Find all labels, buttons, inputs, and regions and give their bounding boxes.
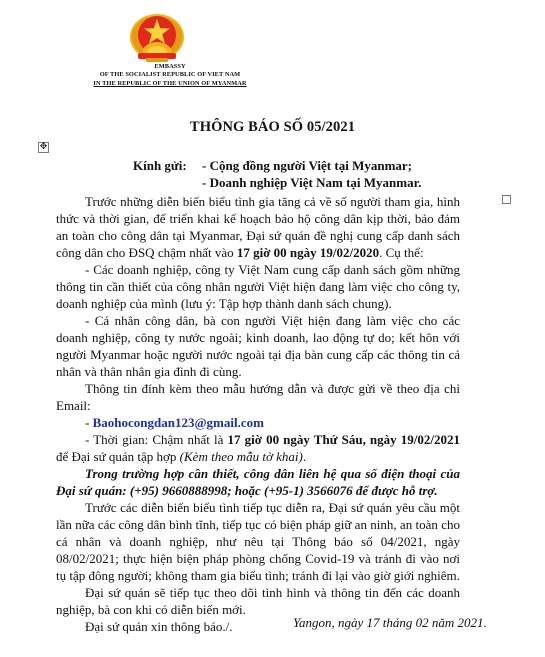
recipient-2: - Doanh nghiệp Việt Nam tại Myanmar. bbox=[202, 174, 421, 191]
move-arrows-icon[interactable]: ✥ bbox=[38, 142, 49, 153]
paragraph-businesses: - Các doanh nghiệp, công ty Việt Nam cun… bbox=[56, 261, 460, 312]
checkbox-placeholder-icon[interactable] bbox=[502, 195, 511, 204]
recipient-1: - Cộng đồng người Việt tại Myanmar; bbox=[202, 157, 412, 174]
paragraph-contact: Trong trường hợp cần thiết, công dân liê… bbox=[56, 465, 460, 499]
document-title: THÔNG BÁO SỐ 05/2021 bbox=[0, 119, 545, 136]
place-and-date: Yangon, ngày 17 tháng 02 năm 2021. bbox=[293, 615, 487, 631]
paragraph-safety: Trước các diễn biến biểu tình tiếp tục d… bbox=[56, 499, 460, 584]
document-body: Trước những diễn biến biểu tình gia tăng… bbox=[56, 193, 460, 635]
paragraph-deadline: - Thời gian: Chậm nhất là 17 giờ 00 ngày… bbox=[56, 431, 460, 465]
embassy-line-2: OF THE SOCIALIST REPUBLIC OF VIET NAM bbox=[40, 71, 300, 79]
paragraph-followup: Đại sứ quán sẽ tiếp tục theo dõi tình hì… bbox=[56, 584, 460, 618]
recipients-label: Kính gửi: bbox=[133, 157, 187, 174]
paragraph-email: - Baohocongdan123@gmail.com bbox=[56, 414, 460, 431]
paragraph-attachment-info: Thông tin đính kèm theo mẫu hướng dẫn và… bbox=[56, 380, 460, 414]
paragraph-individuals: - Cá nhân công dân, bà con người Việt hi… bbox=[56, 312, 460, 380]
embassy-letterhead: EMBASSY OF THE SOCIALIST REPUBLIC OF VIE… bbox=[40, 63, 300, 88]
paragraph-intro: Trước những diễn biến biểu tình gia tăng… bbox=[56, 193, 460, 261]
vietnam-national-emblem-icon bbox=[128, 13, 186, 65]
embassy-line-3: IN THE REPUBLIC OF THE UNION OF MYANMAR bbox=[40, 80, 300, 88]
document-page: EMBASSY OF THE SOCIALIST REPUBLIC OF VIE… bbox=[0, 0, 545, 657]
embassy-line-1: EMBASSY bbox=[40, 63, 300, 71]
email-link[interactable]: Baohocongdan123@gmail.com bbox=[93, 415, 264, 430]
